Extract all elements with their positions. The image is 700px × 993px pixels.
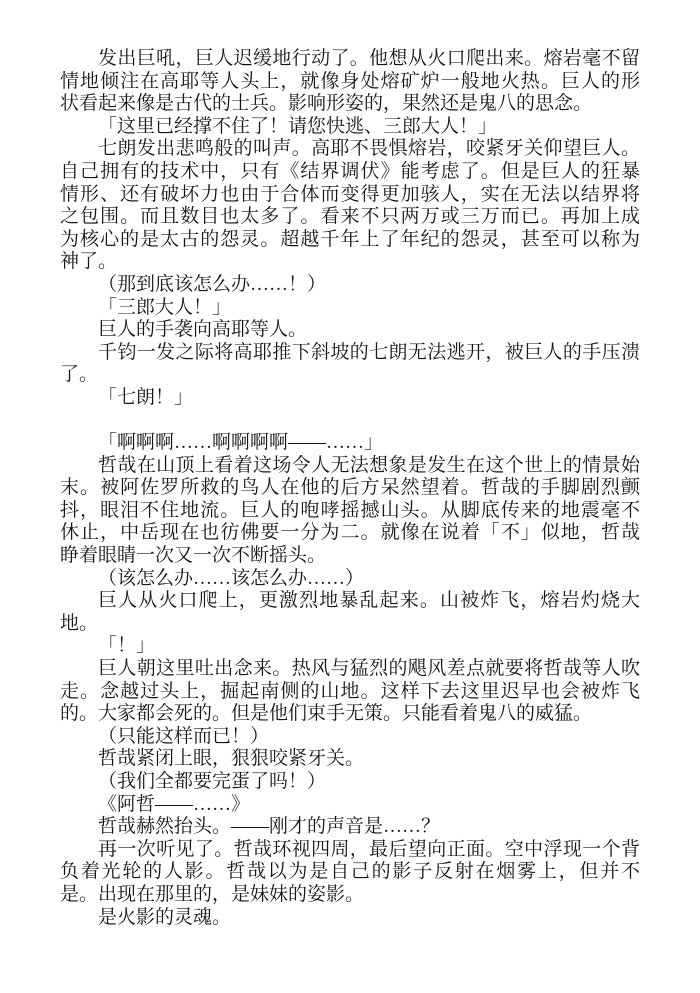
text-line: 走。念越过头上，掘起南侧的山地。这样下去这里迟早也会被炸飞	[60, 681, 640, 704]
text-line: 的。大家都会死的。但是他们束手无策。只能看着鬼八的威猛。	[60, 703, 640, 726]
text-line: 地。	[60, 613, 640, 636]
text-line: 「七朗！」	[60, 387, 640, 410]
text-line: 情形、还有破坏力也由于合体而变得更加骇人，实在无法以结界将	[60, 184, 640, 207]
text-line: 为核心的是太古的怨灵。超越千年上了年纪的怨灵，甚至可以称为	[60, 229, 640, 252]
text-content: 发出巨吼，巨人迟缓地行动了。他想从火口爬出来。熔岩毫不留情地倾注在高耶等人头上，…	[60, 48, 640, 929]
text-line: 是火影的灵魂。	[60, 907, 640, 930]
text-line: 《阿哲——……》	[60, 794, 640, 817]
text-line: 巨人朝这里吐出念来。热风与猛烈的飓风差点就要将哲哉等人吹	[60, 658, 640, 681]
text-line: 了。	[60, 364, 640, 387]
novel-page: 发出巨吼，巨人迟缓地行动了。他想从火口爬出来。熔岩毫不留情地倾注在高耶等人头上，…	[0, 0, 700, 993]
text-line: 末。被阿佐罗所救的鸟人在他的后方呆然望着。哲哉的手脚剧烈颤	[60, 477, 640, 500]
text-line: （该怎么办……该怎么办……）	[60, 568, 640, 591]
text-line: 自己拥有的技术中，只有《结界调伏》能考虑了。但是巨人的狂暴	[60, 161, 640, 184]
text-line: 哲哉在山顶上看着这场令人无法想象是发生在这个世上的情景始	[60, 455, 640, 478]
text-line: 「三郎大人！」	[60, 297, 640, 320]
text-line: 再一次听见了。哲哉环视四周，最后望向正面。空中浮现一个背	[60, 839, 640, 862]
text-line: 神了。	[60, 251, 640, 274]
text-line: 哲哉赫然抬头。——刚才的声音是……？	[60, 816, 640, 839]
text-line: 七朗发出悲鸣般的叫声。高耶不畏惧熔岩，咬紧牙关仰望巨人。	[60, 138, 640, 161]
text-line: 巨人从火口爬上，更激烈地暴乱起来。山被炸飞，熔岩灼烧大	[60, 590, 640, 613]
text-line: 睁着眼睛一次又一次不断摇头。	[60, 545, 640, 568]
text-line: 巨人的手袭向高耶等人。	[60, 319, 640, 342]
text-line: 「啊啊啊……啊啊啊啊——……」	[60, 432, 640, 455]
text-line: 之包围。而且数目也太多了。看来不只两万或三万而已。再加上成	[60, 206, 640, 229]
text-line: （只能这样而已！）	[60, 726, 640, 749]
text-line: 负着光轮的人影。哲哉以为是自己的影子反射在烟雾上，但并不	[60, 861, 640, 884]
text-line: 千钧一发之际将高耶推下斜坡的七朗无法逃开，被巨人的手压溃	[60, 342, 640, 365]
text-line: （我们全都要完蛋了吗！）	[60, 771, 640, 794]
text-line: 情地倾注在高耶等人头上，就像身处熔矿炉一般地火热。巨人的形	[60, 71, 640, 94]
text-line: 是。出现在那里的，是妹妹的姿影。	[60, 884, 640, 907]
text-line: 抖，眼泪不住地流。巨人的咆哮摇撼山头。从脚底传来的地震毫不	[60, 500, 640, 523]
text-line: （那到底该怎么办……！）	[60, 274, 640, 297]
text-line: 「这里已经撑不住了！请您快逃、三郎大人！」	[60, 116, 640, 139]
text-line: 休止，中岳现在也彷佛要一分为二。就像在说着「不」似地，哲哉	[60, 522, 640, 545]
text-line: 哲哉紧闭上眼，狠狠咬紧牙关。	[60, 748, 640, 771]
text-line: 状看起来像是古代的士兵。影响形姿的，果然还是鬼八的思念。	[60, 93, 640, 116]
text-line: 「！」	[60, 635, 640, 658]
text-line: 发出巨吼，巨人迟缓地行动了。他想从火口爬出来。熔岩毫不留	[60, 48, 640, 71]
blank-line	[60, 410, 640, 433]
